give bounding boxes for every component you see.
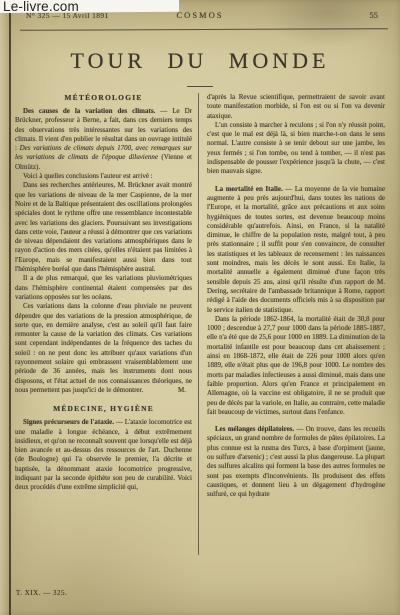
page-number: 55 — [370, 10, 379, 20]
paragraph: Signes précurseurs de l'ataxie. — L'atax… — [15, 418, 192, 492]
page-gutter-shade — [0, 0, 9, 615]
right-column: d'après la Revue scientifique, permettra… — [207, 93, 385, 499]
paragraph: Dans la période 1862-1864, la mortalité … — [207, 315, 385, 417]
article-text: — La moyenne de la vie humaine augmente … — [207, 185, 385, 314]
left-column: MÉTÉOROLOGIE Des causes de la variation … — [15, 93, 192, 493]
section-heading-medecine-hygiene: MÉDECINE, HYGIÈNE — [15, 404, 192, 413]
article-lead: La mortalité en Italie. — [215, 185, 283, 193]
article-lead: Les mélanges dépilatoires. — [215, 425, 294, 433]
article-text: — L'ataxie locomotrice est une maladie à… — [15, 418, 192, 491]
paragraph: La mortalité en Italie. — La moyenne de … — [207, 185, 385, 315]
paragraph: Voici à quelles conclusions l'auteur est… — [15, 172, 192, 181]
page-title: TOUR DU MONDE — [0, 48, 400, 74]
header-rule — [20, 28, 388, 31]
article-lead: Signes précurseurs de l'ataxie. — [23, 418, 114, 426]
paragraph: Dans ses recherches antérieures, M. Brüc… — [15, 181, 192, 274]
journal-name: COSMOS — [0, 10, 400, 20]
paragraph: Les mélanges dépilatoires. — On trouve, … — [207, 425, 385, 499]
article-lead: Des causes de la variation des climats. — [23, 107, 155, 115]
title-divider-dash — [187, 86, 213, 87]
paragraph: Ces variations dans la colonne d'eau plu… — [15, 302, 192, 395]
section-heading-meteorologie: MÉTÉOROLOGIE — [15, 93, 192, 102]
journal-page-scan: Le-livre.com N° 325 — 15 Avril 1891 COSM… — [0, 0, 400, 615]
paragraph: Des causes de la variation des climats. … — [15, 107, 192, 172]
paragraph: L'un consiste à marcher à reculons ; si … — [207, 121, 385, 177]
page-gutter-line — [9, 0, 11, 615]
column-divider-rule — [198, 93, 199, 555]
article-text: — On trouve, dans les recueils spéciaux,… — [207, 425, 385, 498]
volume-footer: T. XIX. — 325. — [16, 589, 67, 597]
page-header: N° 325 — 15 Avril 1891 COSMOS 55 — [0, 10, 400, 22]
paragraph-continuation: d'après la Revue scientifique, permettra… — [207, 93, 385, 121]
paragraph: Il a de plus remarqué, que les variation… — [15, 274, 192, 302]
